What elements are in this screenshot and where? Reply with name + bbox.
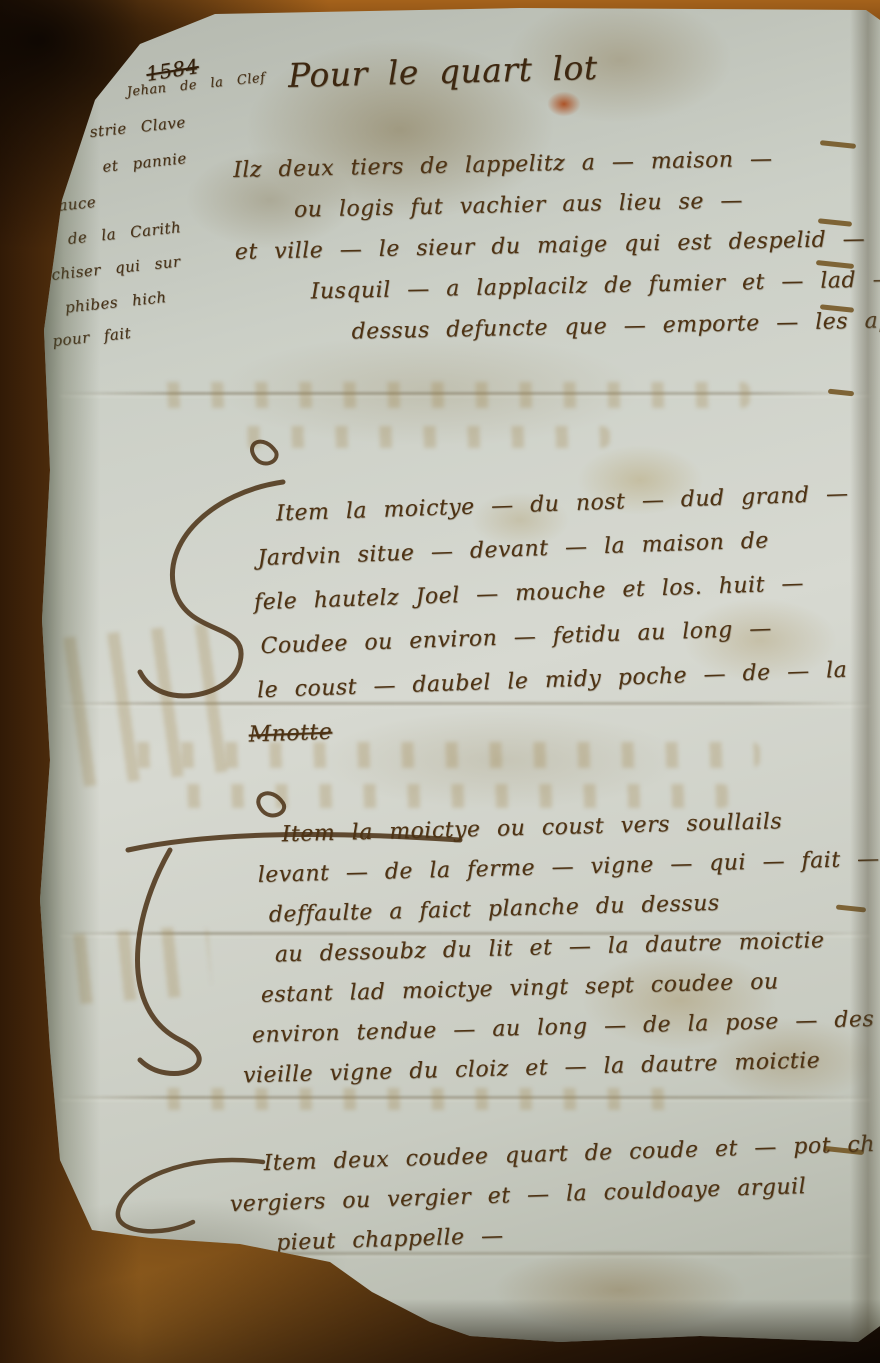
text-line: Mnotte	[248, 701, 857, 766]
bleedthrough-marks	[170, 784, 730, 808]
bleedthrough-marks	[58, 925, 213, 1005]
text-line: Jardvin situe — devant — la maison de	[242, 525, 851, 590]
initial-flourish	[108, 778, 488, 1098]
fold-crease	[60, 702, 870, 705]
text-line: au dessoubz du lit et — la dautre moicti…	[240, 927, 880, 984]
text-line: fele hautelz Joel — mouche et los. huit …	[244, 569, 853, 634]
paragraph-1: Ilz deux tiers de lappelitz a — maison —…	[233, 142, 880, 363]
text-line: Item la moictye ou coust vers soullails	[236, 807, 879, 864]
paragraph-2: Item la moictye — du nost — dud grand — …	[241, 481, 858, 766]
paragraph-4: Item deux coudee quart de coude et — pot…	[228, 1132, 878, 1272]
text-line: le coust — daubel le midy poche — de — l…	[247, 657, 856, 722]
paragraph-3: Item la moictye ou coust vers soullails …	[236, 807, 880, 1104]
ink-dash	[824, 1146, 864, 1155]
text-line: Item deux coudee quart de coude et — pot…	[228, 1132, 876, 1192]
fold-crease	[60, 932, 870, 935]
margin-note-line: Jehan de la Clef	[126, 70, 266, 99]
margin-note-line: pour fait	[51, 324, 132, 350]
bleedthrough-marks	[120, 742, 760, 768]
margin-note-line: fauce	[51, 193, 97, 215]
ink-dash	[820, 140, 856, 149]
margin-notes: Jehan de la Clef la strie Clave et panni…	[17, 71, 256, 96]
ink-dash	[818, 218, 852, 227]
text-line: ou logis fut vachier aus lieu se —	[234, 183, 880, 240]
text-line: environ tendue — au long — de la pose — …	[242, 1007, 880, 1064]
bleedthrough-marks	[51, 622, 236, 789]
text-line: pieut chappelle —	[231, 1212, 879, 1272]
date-annotation: 1584	[144, 54, 200, 86]
text-line: Iusquil — a lapplacilz de fumier et — la…	[236, 265, 880, 322]
text-line: dessus defuncte que — emporte — les appe…	[236, 306, 880, 363]
bleedthrough-marks	[150, 1088, 670, 1110]
margin-note-line: de la Carith	[67, 218, 182, 248]
fold-crease	[60, 392, 870, 395]
text-line: Ilz deux tiers de lappelitz a — maison —	[233, 142, 880, 199]
text-line: Coudee ou environ — fetidu au long —	[245, 613, 854, 678]
margin-note-line: et pannie	[102, 149, 188, 176]
text-line: Item la moictye — du nost — dud grand —	[241, 481, 850, 546]
text-line: vergiers ou vergier et — la couldoaye ar…	[230, 1172, 878, 1232]
margin-note-line: phibes hich	[64, 288, 167, 317]
text-line: et ville — le sieur du maige qui est des…	[235, 224, 880, 281]
fold-crease	[60, 1096, 870, 1099]
ink-dash	[816, 260, 854, 269]
text-line: deffaulte a faict planche du dessus	[239, 887, 880, 944]
bleedthrough-marks	[230, 426, 610, 448]
fold-crease	[60, 1252, 870, 1255]
text-line: vieille vigne du cloiz et — la dautre mo…	[243, 1047, 880, 1104]
page-title: Pour le quart lot	[288, 48, 599, 95]
manuscript-photo: 1584 Pour le quart lot Jehan de la Clef …	[0, 0, 880, 1363]
manuscript-page: 1584 Pour le quart lot Jehan de la Clef …	[0, 0, 880, 1363]
ink-dash	[828, 389, 854, 397]
ink-dash	[820, 304, 854, 313]
bleedthrough-marks	[150, 382, 750, 408]
ink-dash	[836, 904, 866, 912]
initial-flourish	[118, 420, 308, 730]
initial-flourish	[103, 1140, 283, 1250]
text-line: estant lad moictye vingt sept coudee ou	[241, 967, 880, 1024]
text-line: levant — de la ferme — vigne — qui — fai…	[237, 847, 880, 904]
margin-note-line: chiser qui sur	[51, 252, 182, 283]
margin-note-line: la strie Clave	[60, 113, 187, 144]
